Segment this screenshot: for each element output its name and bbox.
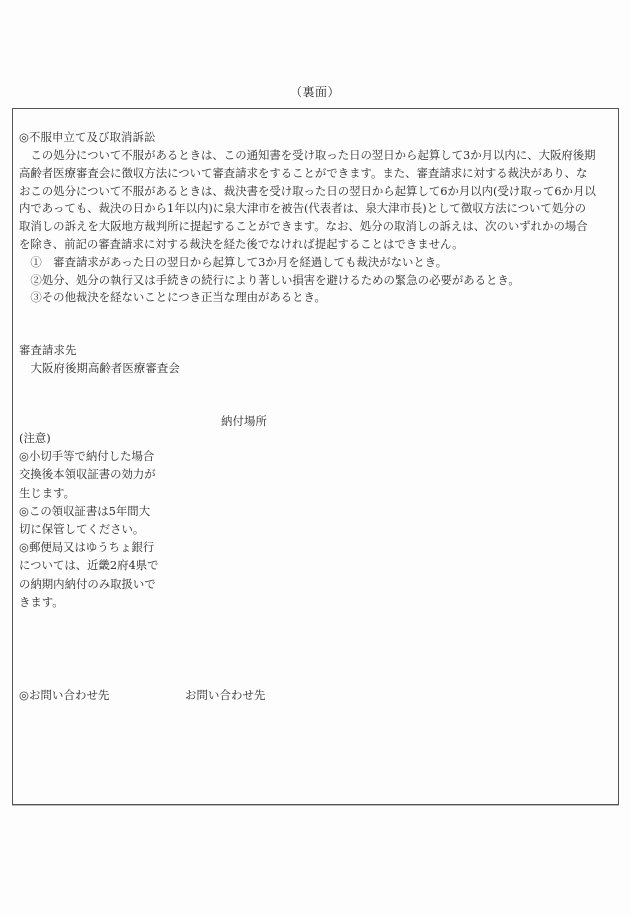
note-line: 切に保管してください。	[19, 520, 169, 538]
appeal-condition-1: ① 審査請求があった日の翌日から起算して3か月を経過しても裁決がないとき。	[19, 254, 615, 272]
note-line: 生じます。	[19, 484, 169, 502]
notes-section: (注意) ◎小切手等で納付した場合 交換後本領収証書の効力が 生じます。 ◎この…	[19, 429, 169, 611]
appeal-paragraph: この処分について不服があるときは、この通知書を受け取った日の翌日から起算して3か…	[19, 147, 615, 307]
review-request-label: 審査請求先	[19, 342, 76, 360]
notes-title: (注意)	[19, 429, 169, 447]
payment-place-label: 納付場所	[221, 413, 267, 431]
contact-left-label: ◎お問い合わせ先	[19, 687, 109, 705]
appeal-condition-3: ③その他裁決を経ないことにつき正当な理由があるとき。	[19, 289, 615, 307]
appeal-condition-2: ②処分、処分の執行又は手続きの続行により著しい損害を避けるための緊急の必要がある…	[19, 272, 615, 290]
note-line: 交換後本領収証書の効力が	[19, 465, 169, 483]
appeal-line: 高齢者医療審査会に徴収方法について審査請求をすることができます。また、審査請求に…	[19, 165, 615, 183]
appeal-line: を除き、前記の審査請求に対する裁決を経た後でなければ提起することはできません。	[19, 236, 615, 254]
appeal-line: 内であっても、裁決の日から1年以内)に泉大津市を被告(代表者は、泉大津市長)とし…	[19, 200, 615, 218]
note-line: ◎小切手等で納付した場合	[19, 447, 169, 465]
appeal-line: この処分について不服があるときは、この通知書を受け取った日の翌日から起算して3か…	[19, 147, 615, 165]
note-line: については、近畿2府4県で	[19, 556, 169, 574]
appeal-line: 取消しの訴えを大阪地方裁判所に提起することができます。なお、処分の取消しの訴えは…	[19, 218, 615, 236]
page-heading: （裏面）	[0, 83, 630, 100]
contact-right-label: お問い合わせ先	[185, 687, 265, 705]
appeal-section-title: ◎不服申立て及び取消訴訟	[19, 129, 155, 147]
note-line: ◎この領収証書は5年間大	[19, 502, 169, 520]
note-line: ◎郵便局又はゆうちょ銀行	[19, 538, 169, 556]
appeal-line: おこの処分について不服があるときは、裁決書を受け取った日の翌日から起算して6か月…	[19, 183, 615, 201]
notice-back-frame: ◎不服申立て及び取消訴訟 この処分について不服があるときは、この通知書を受け取っ…	[12, 108, 619, 805]
review-request-body: 大阪府後期高齢者医療審査会	[19, 360, 180, 378]
note-line: の納期内納付のみ取扱いで	[19, 575, 169, 593]
note-line: きます。	[19, 593, 169, 611]
